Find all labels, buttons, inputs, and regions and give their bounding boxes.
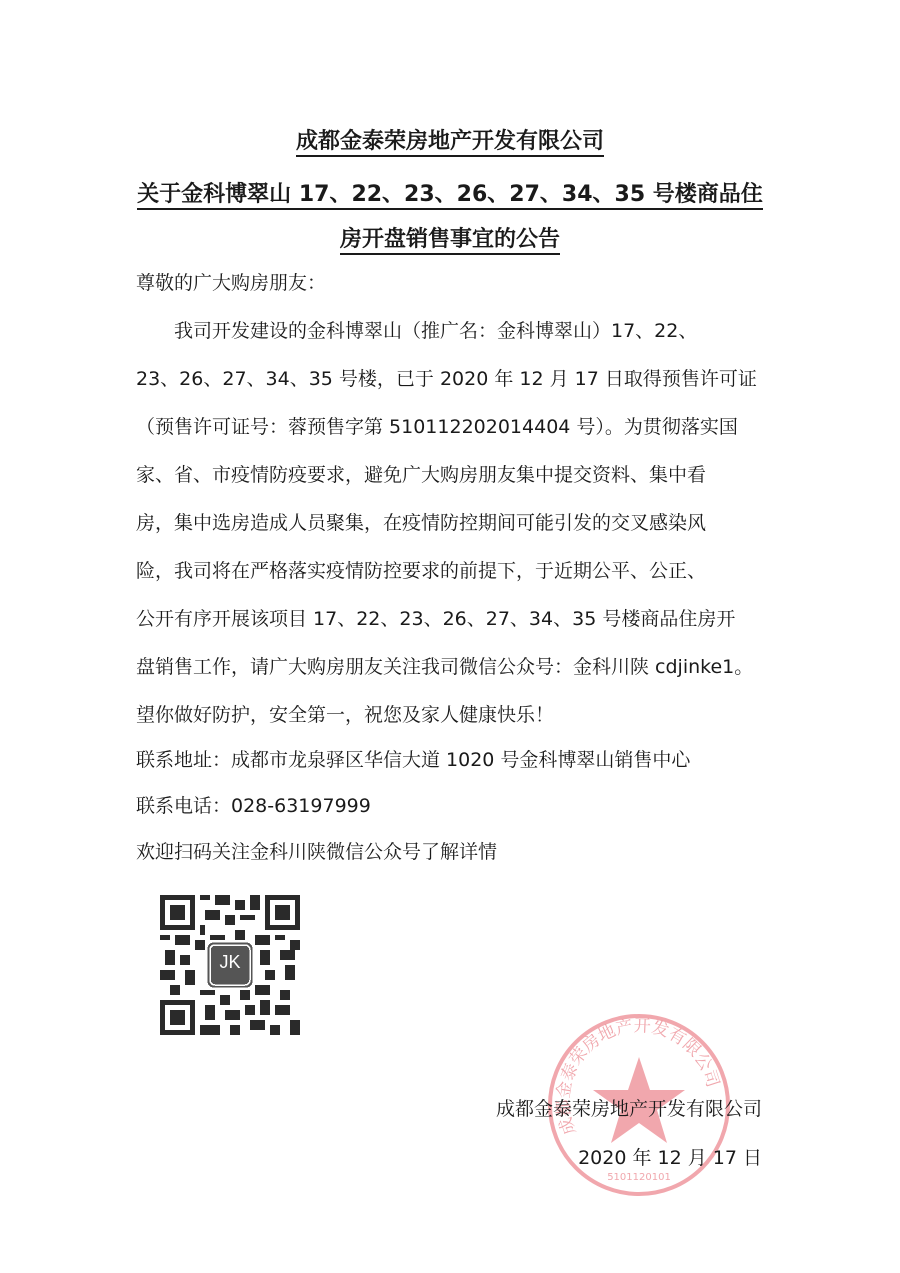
paragraph-line: 房，集中选房造成人员聚集，在疫情防控期间可能引发的交叉感染风 — [136, 510, 706, 536]
signature-company: 成都金泰荣房地产开发有限公司 — [496, 1096, 762, 1122]
paragraph-line: 望你做好防护，安全第一，祝您及家人健康快乐！ — [136, 702, 554, 728]
greeting: 尊敬的广大购房朋友： — [136, 270, 326, 296]
paragraph-line: （预售许可证号：蓉预售字第 510112202014404 号）。为贯彻落实国 — [136, 414, 738, 440]
paragraph-line: 公开有序开展该项目 17、22、23、26、27、34、35 号楼商品住房开 — [136, 606, 735, 632]
paragraph-line: 险，我司将在严格落实疫情防控要求的前提下，于近期公平、公正、 — [136, 558, 706, 584]
title-subject-line1: 关于金科博翠山 17、22、23、26、27、34、35 号楼商品住 — [0, 181, 900, 209]
paragraph-line: 我司开发建设的金科博翠山（推广名：金科博翠山）17、22、 — [136, 318, 697, 344]
contact-address: 联系地址：成都市龙泉驿区华信大道 1020 号金科博翠山销售中心 — [136, 747, 690, 773]
qr-code-icon[interactable]: JK — [160, 895, 300, 1035]
paragraph-line: 23、26、27、34、35 号楼，已于 2020 年 12 月 17 日取得预… — [136, 366, 757, 392]
contact-phone: 联系电话：028-63197999 — [136, 793, 371, 819]
qr-logo: JK — [210, 952, 250, 973]
paragraph-line: 盘销售工作，请广大购房朋友关注我司微信公众号：金科川陕 cdjinke1。 — [136, 654, 753, 680]
title-subject-line2: 房开盘销售事宜的公告 — [0, 226, 900, 254]
title-company: 成都金泰荣房地产开发有限公司 — [0, 128, 900, 156]
paragraph-line: 家、省、市疫情防疫要求，避免广大购房朋友集中提交资料、集中看 — [136, 462, 706, 488]
seal-number: 5101120101 — [607, 1172, 671, 1183]
signature-date: 2020 年 12 月 17 日 — [578, 1145, 762, 1171]
qr-prompt: 欢迎扫码关注金科川陕微信公众号了解详情 — [136, 839, 497, 865]
